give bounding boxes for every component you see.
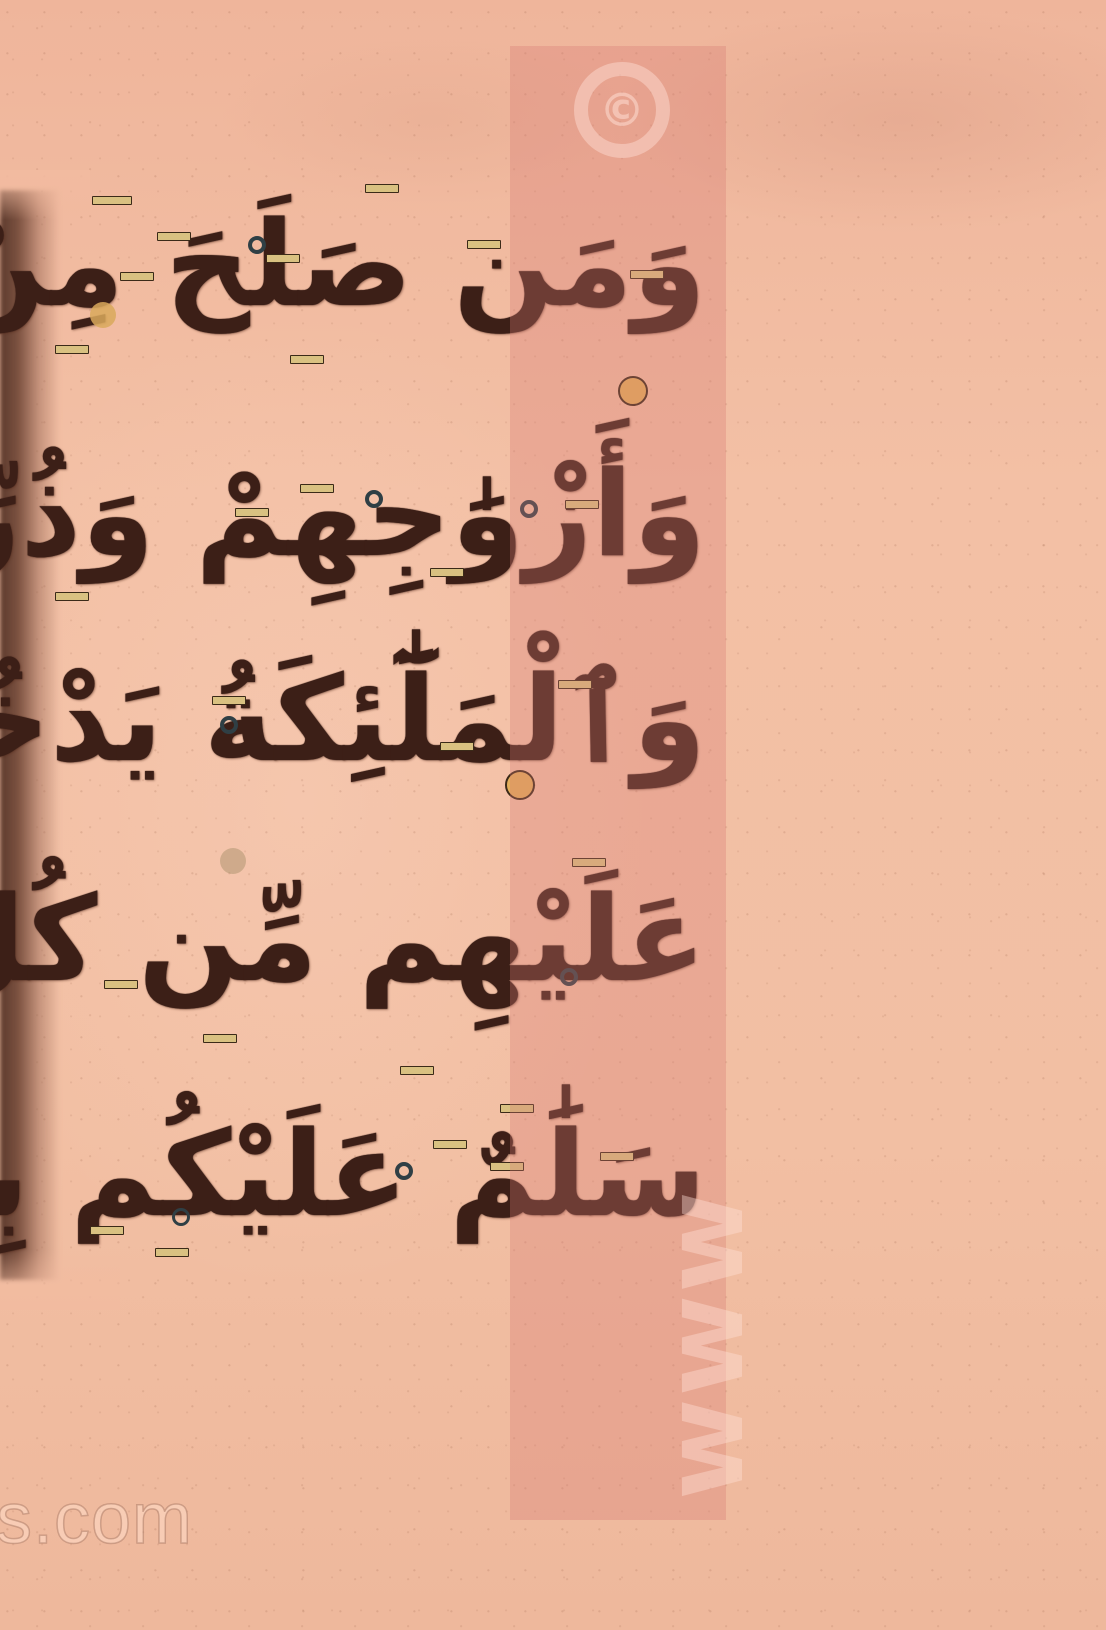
fatha-mark (433, 1140, 467, 1149)
fatha-mark (266, 254, 300, 263)
sukun-mark (395, 1162, 413, 1180)
kasra-mark (203, 1034, 237, 1043)
fatha-mark (92, 196, 132, 205)
copyright-icon: © (574, 62, 670, 158)
fatha-mark (440, 742, 474, 751)
binding-shadow-fade-bottom (0, 1250, 120, 1310)
verse-marker-dot (90, 302, 116, 328)
fatha-mark (235, 508, 269, 517)
fatha-mark (467, 240, 501, 249)
fatha-mark (212, 696, 246, 705)
kasra-mark (290, 355, 324, 364)
watermark-vertical-text: www (640, 1189, 768, 1500)
fatha-mark (120, 272, 154, 281)
kasra-mark (430, 568, 464, 577)
sukun-mark (220, 716, 238, 734)
fatha-mark (365, 184, 399, 193)
ink-stain (220, 848, 246, 874)
fatha-mark (157, 232, 191, 241)
fatha-mark (300, 484, 334, 493)
sukun-mark (172, 1208, 190, 1226)
fatha-mark (104, 980, 138, 989)
kasra-mark (155, 1248, 189, 1257)
fatha-mark (90, 1226, 124, 1235)
watermark-bottom-text: s.com (0, 1478, 193, 1560)
kasra-mark (400, 1066, 434, 1075)
kasra-mark (55, 592, 89, 601)
kasra-mark (55, 345, 89, 354)
sukun-mark (248, 236, 266, 254)
sukun-mark (365, 490, 383, 508)
